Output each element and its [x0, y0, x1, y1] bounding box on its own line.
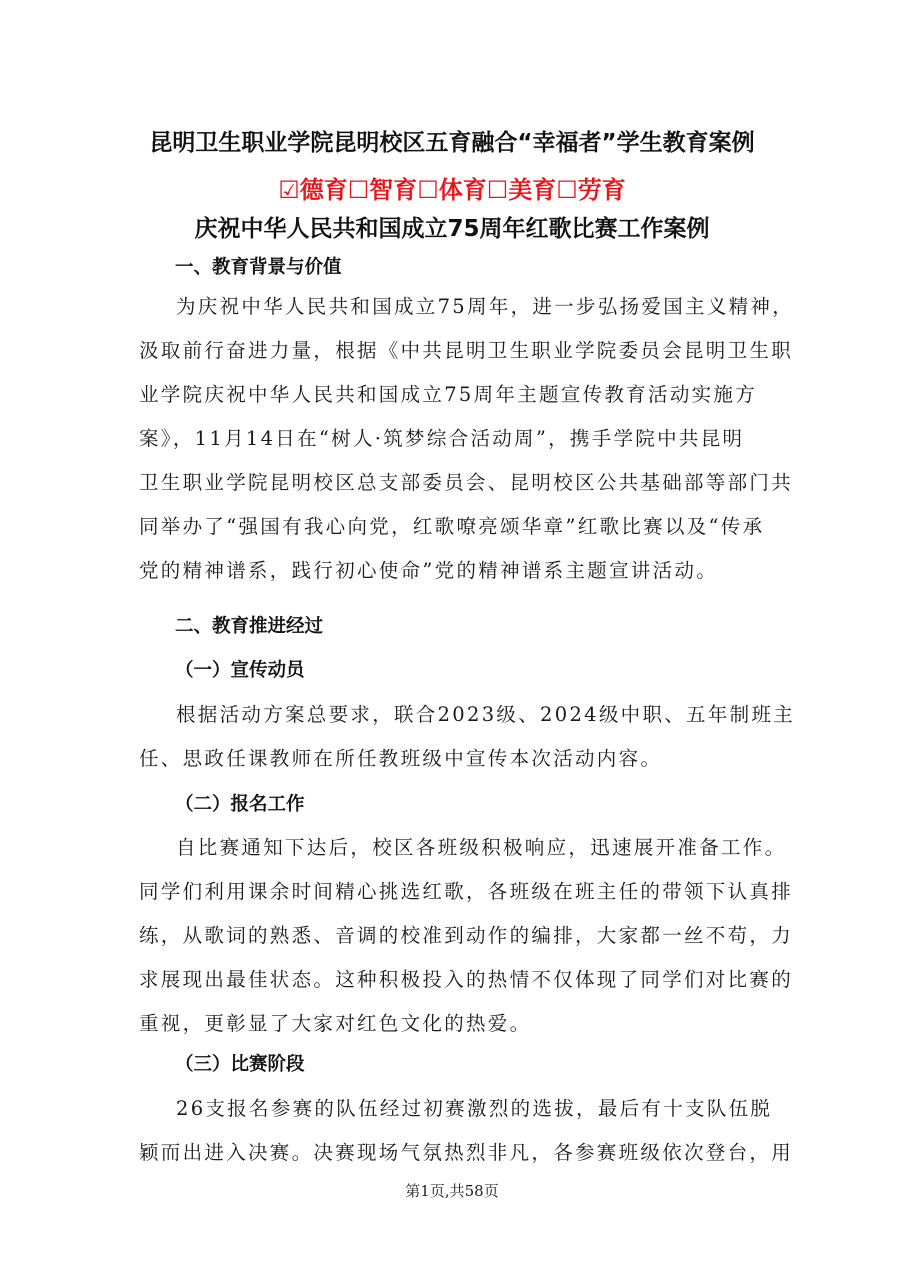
paragraph-line: 任、思政任课教师在所任教班级中宣传本次活动内容。: [139, 743, 772, 771]
section-heading-process: 二、教育推进经过: [175, 612, 323, 638]
paragraph-line: 同学们利用课余时间精心挑选红歌，各班级在班主任的带领下认真排: [139, 876, 772, 904]
paragraph-line: 汲取前行奋进力量，根据《中共昆明卫生职业学院委员会昆明卫生职: [139, 335, 772, 363]
paragraph-line: 为庆祝中华人民共和国成立75周年，进一步弘扬爱国主义精神，: [176, 291, 772, 319]
document-page: 昆明卫生职业学院昆明校区五育融合“幸福者”学生教育案例 ☑德育☐智育☐体育☐美育…: [0, 0, 904, 1280]
subsection-heading-registration: （二）报名工作: [175, 790, 305, 816]
paragraph-line: 案》，11月14日在“树人·筑梦综合活动周”，携手学院中共昆明: [139, 423, 772, 451]
paragraph-line: 练，从歌词的熟悉、音调的校准到动作的编排，大家都一丝不苟，力: [139, 920, 772, 948]
section-heading-background: 一、教育背景与价值: [175, 253, 342, 279]
paragraph-line: 业学院庆祝中华人民共和国成立75周年主题宣传教育活动实施方: [139, 379, 772, 407]
paragraph-line: 卫生职业学院昆明校区总支部委员会、昆明校区公共基础部等部门共: [139, 467, 772, 495]
paragraph-line: 党的精神谱系，践行初心使命”党的精神谱系主题宣讲活动。: [139, 555, 772, 583]
page-number-footer: 第1页,共58页: [0, 1180, 904, 1201]
paragraph-line: 根据活动方案总要求，联合2023级、2024级中职、五年制班主: [176, 699, 772, 727]
paragraph-line: 求展现出最佳状态。这种积极投入的热情不仅体现了同学们对比赛的: [139, 964, 772, 992]
subsection-heading-publicity: （一）宣传动员: [175, 656, 305, 682]
paragraph-line: 同举办了“强国有我心向党，红歌嘹亮颂华章”红歌比赛以及“传承: [139, 511, 772, 539]
paragraph-line: 26支报名参赛的队伍经过初赛激烈的选拔，最后有十支队伍脱: [176, 1093, 772, 1121]
case-title: 庆祝中华人民共和国成立75周年红歌比赛工作案例: [0, 210, 904, 243]
subsection-heading-competition: （三）比赛阶段: [175, 1050, 305, 1076]
paragraph-line: 颖而出进入决赛。决赛现场气氛热烈非凡，各参赛班级依次登台，用: [139, 1137, 772, 1165]
education-category-checklist: ☑德育☐智育☐体育☐美育☐劳育: [0, 170, 904, 205]
paragraph-line: 自比赛通知下达后，校区各班级积极响应，迅速展开准备工作。: [176, 832, 772, 860]
document-title: 昆明卫生职业学院昆明校区五育融合“幸福者”学生教育案例: [0, 124, 904, 157]
paragraph-line: 重视，更彰显了大家对红色文化的热爱。: [139, 1008, 772, 1036]
